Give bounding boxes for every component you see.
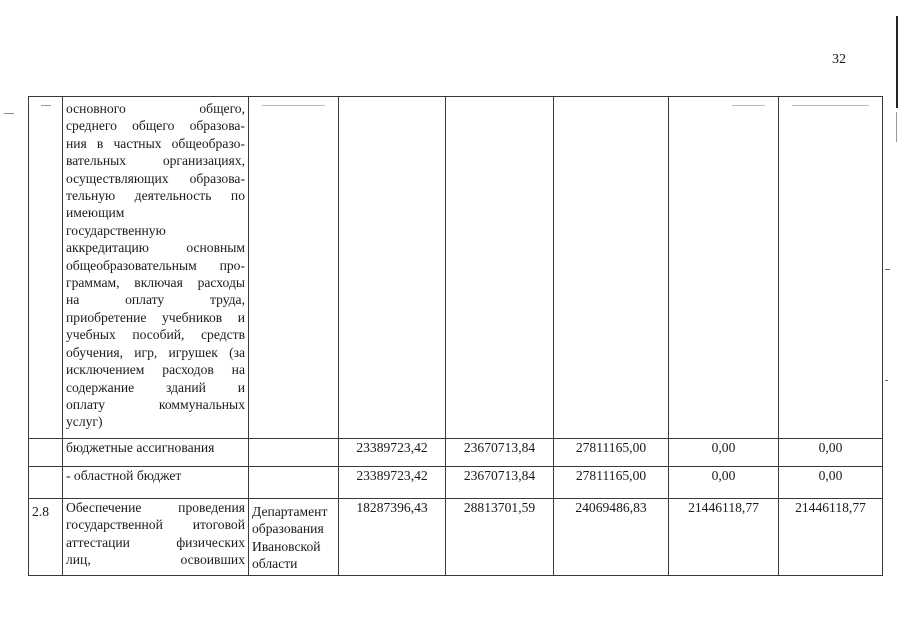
text-line: имеющим (66, 204, 245, 221)
value-cell: 0,00 (779, 467, 883, 499)
value-cell: 21446118,77 (779, 499, 883, 576)
value-cell: 0,00 (669, 467, 779, 499)
scan-artifact (885, 269, 890, 270)
text-line: государственную (66, 222, 245, 239)
value-cell: 28813701,59 (446, 499, 554, 576)
text-line: тельную деятельность по (66, 187, 245, 204)
text-line: аккредитацию основным (66, 239, 245, 256)
executor-cell (249, 439, 339, 467)
row-description-cell: бюджетные ассигнования (63, 439, 249, 467)
text-line: приобретение учебников и (66, 309, 245, 326)
margin-mark (4, 113, 14, 114)
executor-cell (249, 97, 339, 439)
text-line: учебных пособий, средств (66, 326, 245, 343)
text-line: общеобразовательным про- (66, 257, 245, 274)
text-line: вательных организациях, (66, 152, 245, 169)
text-line: ния в частных общеобразо- (66, 135, 245, 152)
text-line: основного общего, (66, 100, 245, 117)
text-line: содержание зданий и (66, 379, 245, 396)
value-cell: 23389723,42 (339, 467, 446, 499)
executor-cell (249, 467, 339, 499)
value-cell: 27811165,00 (554, 439, 669, 467)
text-line: осуществляющих образова- (66, 170, 245, 187)
scan-edge-mark (896, 16, 898, 108)
page-number: 32 (832, 52, 846, 68)
value-cell: 23670713,84 (446, 439, 554, 467)
row-description-cell: - областной бюджет (63, 467, 249, 499)
value-cell: 0,00 (669, 439, 779, 467)
executor-cell: ДепартаментобразованияИвановскойобласти (249, 499, 339, 576)
table-row-regional-budget: - областной бюджет 23389723,42 23670713,… (29, 467, 883, 499)
row-description-cell: основного общего,среднего общего образов… (63, 97, 249, 439)
text-line: Ивановской (252, 538, 335, 555)
text-line: граммам, включая расходы (66, 274, 245, 291)
row-index-cell: 2.8 (29, 499, 63, 576)
text-line: услуг) (66, 413, 245, 430)
value-cell: 0,00 (779, 439, 883, 467)
text-line: аттестации физических (66, 534, 245, 551)
text-line: лиц, освоивших (66, 551, 245, 568)
text-line: Обеспечение проведения (66, 499, 245, 516)
value-cell: 24069486,83 (554, 499, 669, 576)
text-line: области (252, 555, 335, 572)
table-row-item-2-8: 2.8 Обеспечение проведениягосударственно… (29, 499, 883, 576)
value-cell (779, 97, 883, 439)
table-row-budget-allocations: бюджетные ассигнования 23389723,42 23670… (29, 439, 883, 467)
budget-table: основного общего,среднего общего образов… (28, 96, 883, 576)
table-row-continued: основного общего,среднего общего образов… (29, 97, 883, 439)
value-cell (446, 97, 554, 439)
row-index-cell (29, 97, 63, 439)
row-description-cell: Обеспечение проведениягосударственной ит… (63, 499, 249, 576)
value-cell (339, 97, 446, 439)
value-cell: 27811165,00 (554, 467, 669, 499)
value-cell (554, 97, 669, 439)
text-line: обучения, игр, игрушек (за (66, 344, 245, 361)
row-index-cell (29, 467, 63, 499)
text-line: среднего общего образова- (66, 117, 245, 134)
value-cell: 23670713,84 (446, 467, 554, 499)
text-line: Департамент (252, 503, 335, 520)
value-cell: 23389723,42 (339, 439, 446, 467)
text-line: образования (252, 520, 335, 537)
text-line: оплату коммунальных (66, 396, 245, 413)
text-line: государственной итоговой (66, 516, 245, 533)
scan-edge-mark (896, 112, 897, 142)
scan-artifact (885, 380, 888, 381)
text-line: на оплату труда, (66, 291, 245, 308)
value-cell: 21446118,77 (669, 499, 779, 576)
text-line: исключением расходов на (66, 361, 245, 378)
value-cell (669, 97, 779, 439)
value-cell: 18287396,43 (339, 499, 446, 576)
row-index-cell (29, 439, 63, 467)
